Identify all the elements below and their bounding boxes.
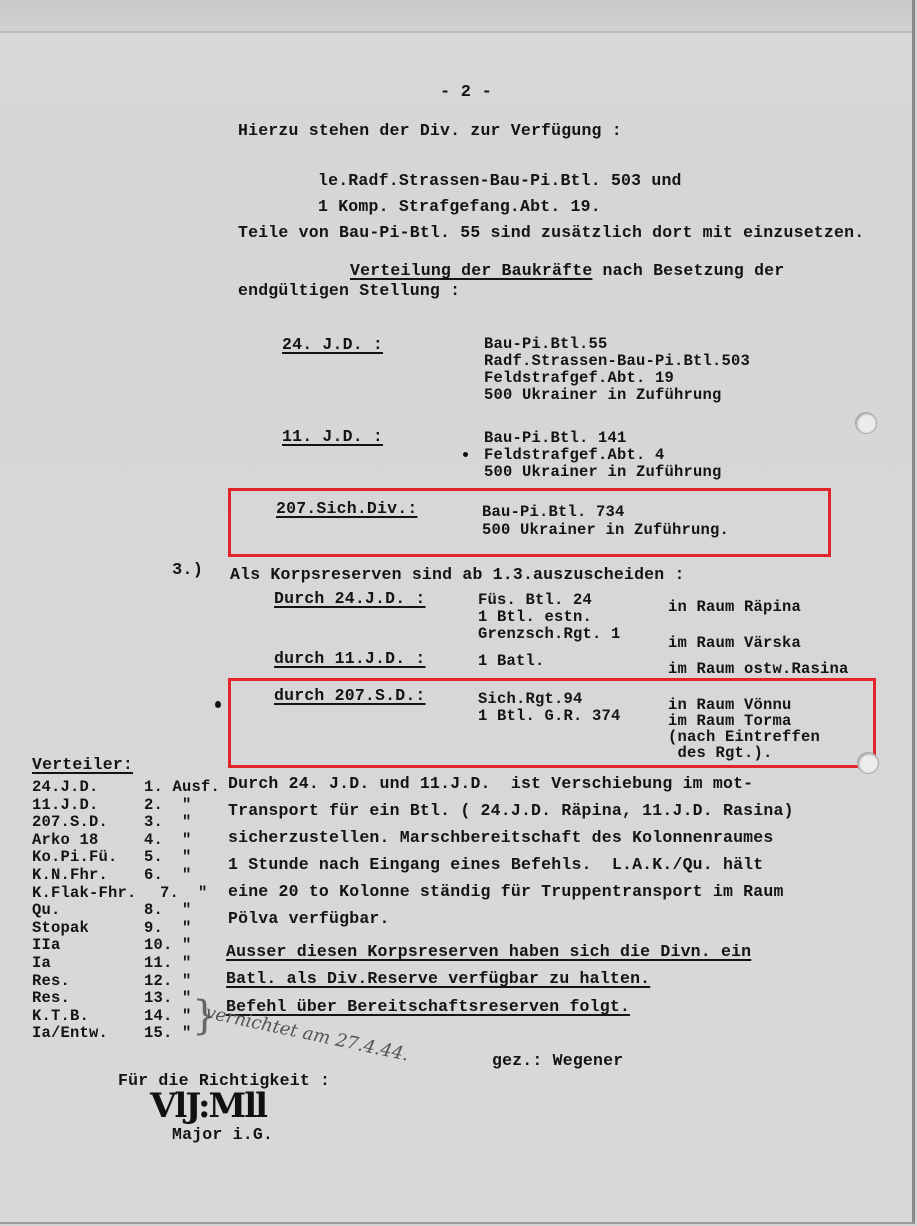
verteiler-copy-number: 14. " [144,1007,192,1025]
punch-hole [857,752,879,774]
reserve-by-207: durch 207.S.D.: [274,687,426,705]
teile-line: Teile von Bau-Pi-Btl. 55 sind zusätzlich… [238,224,864,242]
verteiler-recipient: 207.S.D. [32,813,108,831]
verteiler-entry: K.Flak-Fhr.7. " [32,884,137,902]
verteiler-entry: Ko.Pi.Fü.5. " [32,848,118,866]
punch-hole [855,412,877,434]
verteiler-entry: K.T.B.14. " [32,1007,89,1025]
verteiler-recipient: K.T.B. [32,1007,89,1025]
verteiler-entry: Ia11. " [32,954,51,972]
signature-scribble: VlJ:Mll [150,1086,266,1126]
verteiler-recipient: Stopak [32,919,89,937]
reserve-207-units: Sich.Rgt.941 Btl. G.R. 374 [478,691,621,725]
verteiler-entry: Ia/Entw.15. " [32,1024,108,1042]
reserve-by-24: Durch 24.J.D. : [274,590,426,608]
verteiler-recipient: Qu. [32,901,61,919]
reserve-by-11: durch 11.J.D. : [274,650,426,668]
reserve-24-loc-2: im Raum Värska [668,634,801,652]
verteiler-recipient: K.N.Fhr. [32,866,108,884]
unit-207-items: Bau-Pi.Btl. 734500 Ukrainer in Zuführung… [482,503,729,539]
section-3-heading: Als Korpsreserven sind ab 1.3.auszuschei… [230,566,685,584]
verteiler-copy-number: 3. " [144,813,192,831]
reserve-24-loc-1: in Raum Räpina [668,598,801,616]
verteiler-entry: IIa10. " [32,936,61,954]
intro-heading: Hierzu stehen der Div. zur Verfügung : [238,122,622,140]
verteiler-copy-number: 1. Ausf. [144,778,220,796]
reserve-11-loc: im Raum ostw.Rasina [668,660,849,678]
reserve-24-units: Füs. Btl. 241 Btl. estn.Grenzsch.Rgt. 1 [478,592,621,643]
verteiler-copy-number: 10. " [144,936,192,954]
verteiler-recipient: 11.J.D. [32,796,99,814]
verteiler-recipient: Ko.Pi.Fü. [32,848,118,866]
unit-11-jd-items: Bau-Pi.Btl. 141Feldstrafgef.Abt. 4500 Uk… [484,430,722,481]
verteiler-recipient: Ia [32,954,51,972]
verteiler-entry: Arko 184. " [32,831,99,849]
fold-line [0,31,912,33]
ink-dot [463,452,468,457]
verteiler-recipient: K.Flak-Fhr. [32,884,137,902]
befehl-line: Befehl über Bereitschaftsreserven folgt. [226,998,630,1016]
verteiler-entry: Qu.8. " [32,901,61,919]
verteiler-copy-number: 9. " [144,919,192,937]
page-number: - 2 - [440,84,492,102]
intro-line-2: 1 Komp. Strafgefang.Abt. 19. [318,198,601,216]
unit-11-jd: 11. J.D. : [282,428,383,446]
verteiler-copy-number: 15. " [144,1024,192,1042]
verteiler-entry: 11.J.D.2. " [32,796,99,814]
verteiler-copy-number: 2. " [144,796,192,814]
verteiler-copy-number: 8. " [144,901,192,919]
section-3-number: 3.) [172,562,203,580]
verteiler-recipient: 24.J.D. [32,778,99,796]
verteiler-entry: Res.13. " [32,989,70,1007]
verteiler-recipient: Arko 18 [32,831,99,849]
verteiler-entry: 24.J.D.1. Ausf. [32,778,99,796]
verteiler-copy-number: 4. " [144,831,192,849]
intro-line-1: le.Radf.Strassen-Bau-Pi.Btl. 503 und [318,172,682,190]
transport-paragraph: Durch 24. J.D. und 11.J.D. ist Verschieb… [228,770,794,932]
verteiler-copy-number: 7. " [160,884,208,902]
document-page: - 2 - Hierzu stehen der Div. zur Verfügu… [0,0,915,1224]
verteiler-copy-number: 11. " [144,954,192,972]
verteiler-recipient: IIa [32,936,61,954]
verteiler-recipient: Res. [32,972,70,990]
verteiler-title: Verteiler: [32,756,133,774]
ink-dot [215,701,221,708]
verteiler-copy-number: 6. " [144,866,192,884]
verteiler-recipient: Res. [32,989,70,1007]
verteilung-rest: nach Besetzung der [592,261,784,280]
verteiler-entry: Stopak9. " [32,919,89,937]
verteilung-title: Verteilung der Baukräfte [350,261,592,280]
verteiler-entry: Res.12. " [32,972,70,990]
unit-207-sich-div: 207.Sich.Div.: [276,500,417,518]
verteiler-copy-number: 12. " [144,972,192,990]
signed-by: gez.: Wegener [492,1052,623,1070]
div-reserve-paragraph: Ausser diesen Korpsreserven haben sich d… [226,938,751,992]
verteiler-entry: K.N.Fhr.6. " [32,866,108,884]
unit-24-jd: 24. J.D. : [282,336,383,354]
signer-rank: Major i.G. [172,1126,273,1144]
unit-24-jd-items: Bau-Pi.Btl.55Radf.Strassen-Bau-Pi.Btl.50… [484,336,750,404]
reserve-11-units: 1 Batl. [478,652,545,670]
verteiler-copy-number: 13. " [144,989,192,1007]
verteilung-line: Verteilung der Baukräfte nach Besetzung … [350,262,784,280]
verteiler-entry: 207.S.D.3. " [32,813,108,831]
verteiler-copy-number: 5. " [144,848,192,866]
reserve-207-locations: in Raum Vönnuim Raum Torma(nach Eintreff… [668,697,820,761]
verteilung-line-2: endgültigen Stellung : [238,282,460,300]
verteiler-recipient: Ia/Entw. [32,1024,108,1042]
